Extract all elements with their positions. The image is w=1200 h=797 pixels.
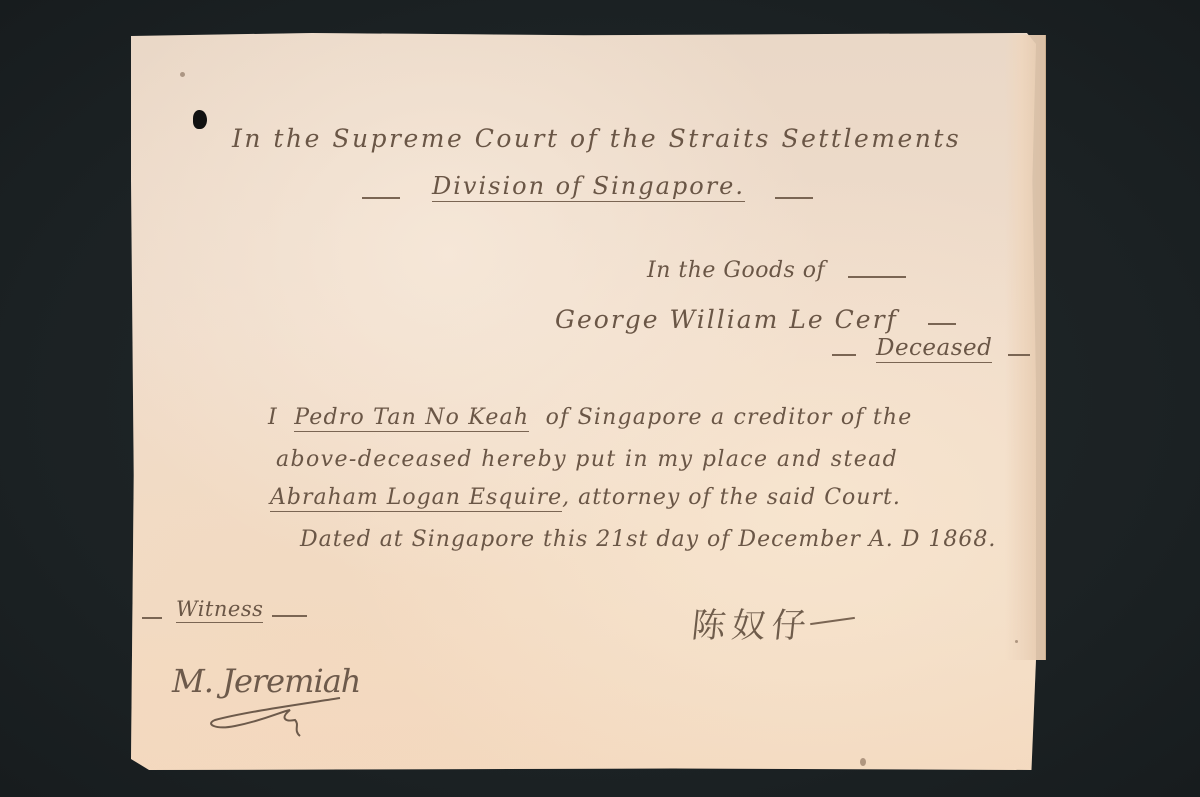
- witness-dash-left: [142, 617, 162, 619]
- attorney-name: Abraham Logan Esquire: [270, 485, 562, 512]
- body-line3: Abraham Logan Esquire, attorney of the s…: [270, 485, 901, 510]
- body-line3-rest: , attorney of the said Court.: [562, 485, 901, 510]
- division-text: Division of Singapore.: [432, 172, 745, 202]
- paper-spot: [1015, 640, 1018, 643]
- dated-line: Dated at Singapore this 21st day of Dece…: [300, 527, 996, 552]
- name-dash: [928, 323, 956, 325]
- deceased-dash-left: [832, 354, 856, 356]
- body-line1-rest: of Singapore a creditor of the: [546, 405, 913, 430]
- signature-flourish-icon: [205, 690, 345, 740]
- court-header-line2: Division of Singapore.: [432, 172, 745, 200]
- creditor-name: Pedro Tan No Keah: [294, 405, 529, 432]
- deceased-label: Deceased: [876, 335, 992, 361]
- pronoun: I: [268, 405, 278, 430]
- court-header-line1: In the Supreme Court of the Straits Sett…: [232, 124, 961, 153]
- witness-label-wrap: Witness: [176, 597, 263, 621]
- paper-fold-edge: [1005, 35, 1046, 660]
- in-the-goods-of: In the Goods of: [647, 258, 825, 283]
- deceased-dash-right: [1008, 354, 1030, 356]
- header-dash-left: [362, 197, 400, 199]
- paper-hole: [193, 110, 207, 129]
- paper-spot: [180, 72, 185, 77]
- chinese-signature: 陈奴仔: [689, 598, 814, 647]
- witness-dash-right: [272, 615, 307, 617]
- paper-spot: [860, 758, 866, 766]
- goods-dash: [848, 276, 906, 278]
- header-dash-right: [775, 197, 813, 199]
- deceased-status: Deceased: [876, 335, 992, 363]
- witness-label: Witness: [176, 597, 263, 623]
- body-line2: above-deceased hereby put in my place an…: [276, 447, 898, 472]
- body-line1: I Pedro Tan No Keah of Singapore a credi…: [268, 405, 912, 430]
- deceased-name: George William Le Cerf: [555, 305, 898, 334]
